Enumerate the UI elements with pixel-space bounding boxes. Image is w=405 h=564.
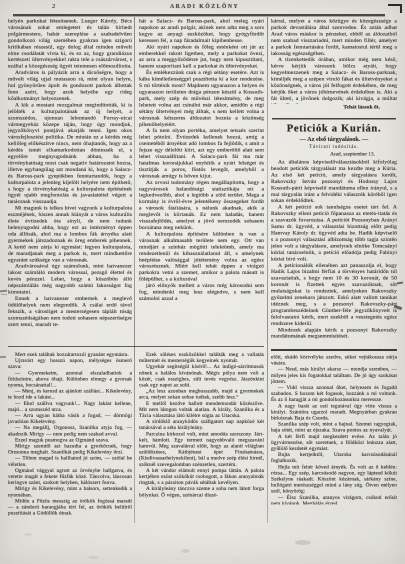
paragraph: — Élsz Szanilka, aranyos virágom, csókod…	[271, 495, 397, 505]
paragraph: hát a Salacz- és Baross-park, ahol meleg…	[139, 18, 264, 44]
paragraph: A tizenkettedik órában, amikor még nem k…	[271, 57, 397, 104]
column-rule-2	[267, 17, 268, 523]
column-2-article: hát a Salacz- és Baross-park, ahol meleg…	[139, 18, 264, 346]
feuilleton-col1-text: Mert ezek találtak hozzátartozói gyanánt…	[8, 352, 132, 517]
article2-subhead: — Az első tárgyalások. —	[271, 136, 397, 144]
paragraph: — Nesd, más királyt akarsz — mondja szem…	[271, 367, 397, 385]
paragraph: Ogmánd vággyal ugrott az örvénybe hallga…	[8, 468, 132, 486]
paragraph: E mellől kezdve hallott mendemondát közé…	[139, 401, 264, 419]
ink-smudge	[24, 533, 32, 536]
paragraph: — Tőlem magad is hallhatod jó szóm, — sz…	[8, 456, 132, 468]
header-rule	[13, 14, 385, 17]
paragraph: Szanilka szép volt, mint a hajnal. Szeme…	[271, 422, 397, 434]
ink-smudge	[295, 540, 311, 545]
paragraph: A nagy barát az esti tegutával úgy vitte…	[271, 403, 397, 421]
margin-mark	[1, 294, 7, 296]
paragraph: A két vándor elámult ennyi pompa láttán.…	[139, 468, 264, 486]
paragraph: „Az lesz azonban meghosszabb, majd a gye…	[139, 389, 264, 401]
margin-mark	[0, 290, 7, 292]
paragraph: Ujravárt egy hosszú napon, mélységes ösm…	[8, 358, 132, 370]
paragraph: Mirigy szemtől azt hazudta a gyerkőcnek,…	[8, 444, 132, 456]
paragraph: A sírdöklő aranyködös szállgatott nap na…	[139, 419, 264, 431]
article1-signoff: Tehát lássuk őt.	[271, 104, 397, 117]
masthead-title: ARADI KÖZLÖNY	[170, 4, 239, 10]
feuilleton-column-1: Mert ezek találtak hozzátartozói gyanánt…	[8, 352, 132, 523]
article1-mid-text: hát a Salacz- és Baross-park, ahol meleg…	[139, 18, 264, 302]
paragraph: Parczina kirkozol volt, mint amodúa szer…	[139, 431, 264, 468]
column-1-article: helyén parkokat létesítsenek. Lueger Kár…	[8, 18, 132, 346]
paragraph: Midőn a Fűzös messzig az örökök fogóssá …	[8, 498, 132, 516]
ink-smudge	[88, 556, 99, 559]
paragraph: Aradváros is pályázik arra a dicsőségre,…	[8, 70, 132, 102]
paragraph: Aradvárosával úgy számolunk, mint hatvan…	[8, 263, 132, 295]
margin-mark	[0, 356, 6, 358]
paragraph: És emlékezzünk csak a régi sétány esetér…	[139, 70, 264, 128]
ink-smudge	[181, 549, 190, 553]
article1-right-text: kárral, melyet a város közügye és közegé…	[271, 18, 397, 104]
paragraph: előtt, okádó körtvélyke szedve, süket ve…	[271, 355, 397, 367]
paragraph: A kik a mostani mozgalmat megindították,…	[8, 102, 132, 205]
headline-top-rule	[272, 118, 396, 120]
margin-mark	[397, 281, 403, 284]
paragraph: járó előnyök mellett a város még károsod…	[139, 283, 264, 302]
paragraph: — Menj, és keresd az ajánlott szállást..…	[8, 389, 132, 401]
paragraph: Ugyebár segítségül kísérő!... Az indigó-…	[139, 364, 264, 388]
article2-headline: Peticiók a Kurián.	[271, 122, 397, 135]
feuilleton-column-3: előtt, okádó körtvélyke szedve, süket ve…	[271, 355, 397, 505]
paragraph: Mindezek alapján kérik a pozsonyi Rakovs…	[271, 327, 397, 340]
column-rule-1	[134, 17, 135, 523]
paragraph: — Na megállj, Orgonosz, Szanilka atyja f…	[8, 425, 132, 437]
paragraph: Bujta kertjeiktől, Utacska karcsúsodásán…	[271, 452, 397, 464]
paragraph: Aki nyári napokon és főleg esténként ott…	[139, 44, 264, 70]
corner-crop-mark-icon	[388, 4, 402, 13]
paragraph: — Vidd vissza azonnal őket, helyezem és …	[271, 385, 397, 403]
paragraph: A királyleány tánczva szeme a soha nem l…	[139, 486, 264, 498]
article2-body: Az általános képviselőválasztásokból kif…	[271, 159, 397, 340]
paragraph: A két petíció sok tanulságos esetet tárt…	[271, 204, 397, 262]
paragraph: kárral, melyet a város közügye és közegé…	[271, 18, 397, 57]
article2-dateline: Arad, szeptember 13.	[271, 152, 397, 158]
column-3: kárral, melyet a város közügye és közegé…	[271, 18, 397, 523]
paragraph: helyén parkokat létesítsenek. Lueger Kár…	[8, 18, 132, 70]
feuilleton-separator-rule-right	[271, 349, 397, 351]
article2-notice: Távirati tudósítás.	[271, 145, 397, 150]
page-number: 2	[52, 2, 55, 10]
paragraph: A két férfi majd megkezdett evése. Az ta…	[271, 434, 397, 452]
newspaper-page: 2 ARADI KÖZLÖNY helyén parkokat létesíts…	[0, 0, 405, 564]
feuilleton-separator-rule	[8, 346, 264, 347]
paragraph: Mi magunk is lelkes hívei vagyunk a kult…	[8, 205, 132, 263]
feuilleton-col2-text: Ezek süléses eszközökkel találták meg a …	[139, 352, 264, 498]
paragraph: Az általános képviselőválasztásokból kif…	[271, 159, 397, 204]
paragraph: — Gyermekeim, azonnal elszaladhattok a f…	[8, 370, 132, 388]
paragraph: A fa nem olyan portéka, amelyet tetszés …	[139, 128, 264, 180]
paragraph: — Ehol szállva vagyunk!... Nagy lakást k…	[8, 401, 132, 413]
feuilleton-column-2: Ezek süléses eszközökkel találták meg a …	[139, 352, 264, 523]
paragraph: A petícionálók ellenében azt panaszolja …	[271, 262, 397, 327]
article1-left-text: helyén parkokat létesítsenek. Lueger Kár…	[8, 18, 132, 328]
paragraph: Mirigy és Kikelevény, mint a balsors, se…	[8, 486, 132, 498]
paragraph: A kulturpalota építésére különben is van…	[139, 231, 264, 283]
paragraph: Az orvosi tudomány régen megállapította,…	[139, 179, 264, 231]
paragraph: Hejla mit fehér köved árnyék. És volt az…	[271, 464, 397, 495]
paragraph: Ennek a hatvanezer embernek a meglevő üd…	[8, 295, 132, 327]
paragraph: Ezek süléses eszközökkel találták meg a …	[139, 352, 264, 364]
paragraph: — Arra ugyan hátha vásik a fogad, — dörm…	[8, 413, 132, 425]
